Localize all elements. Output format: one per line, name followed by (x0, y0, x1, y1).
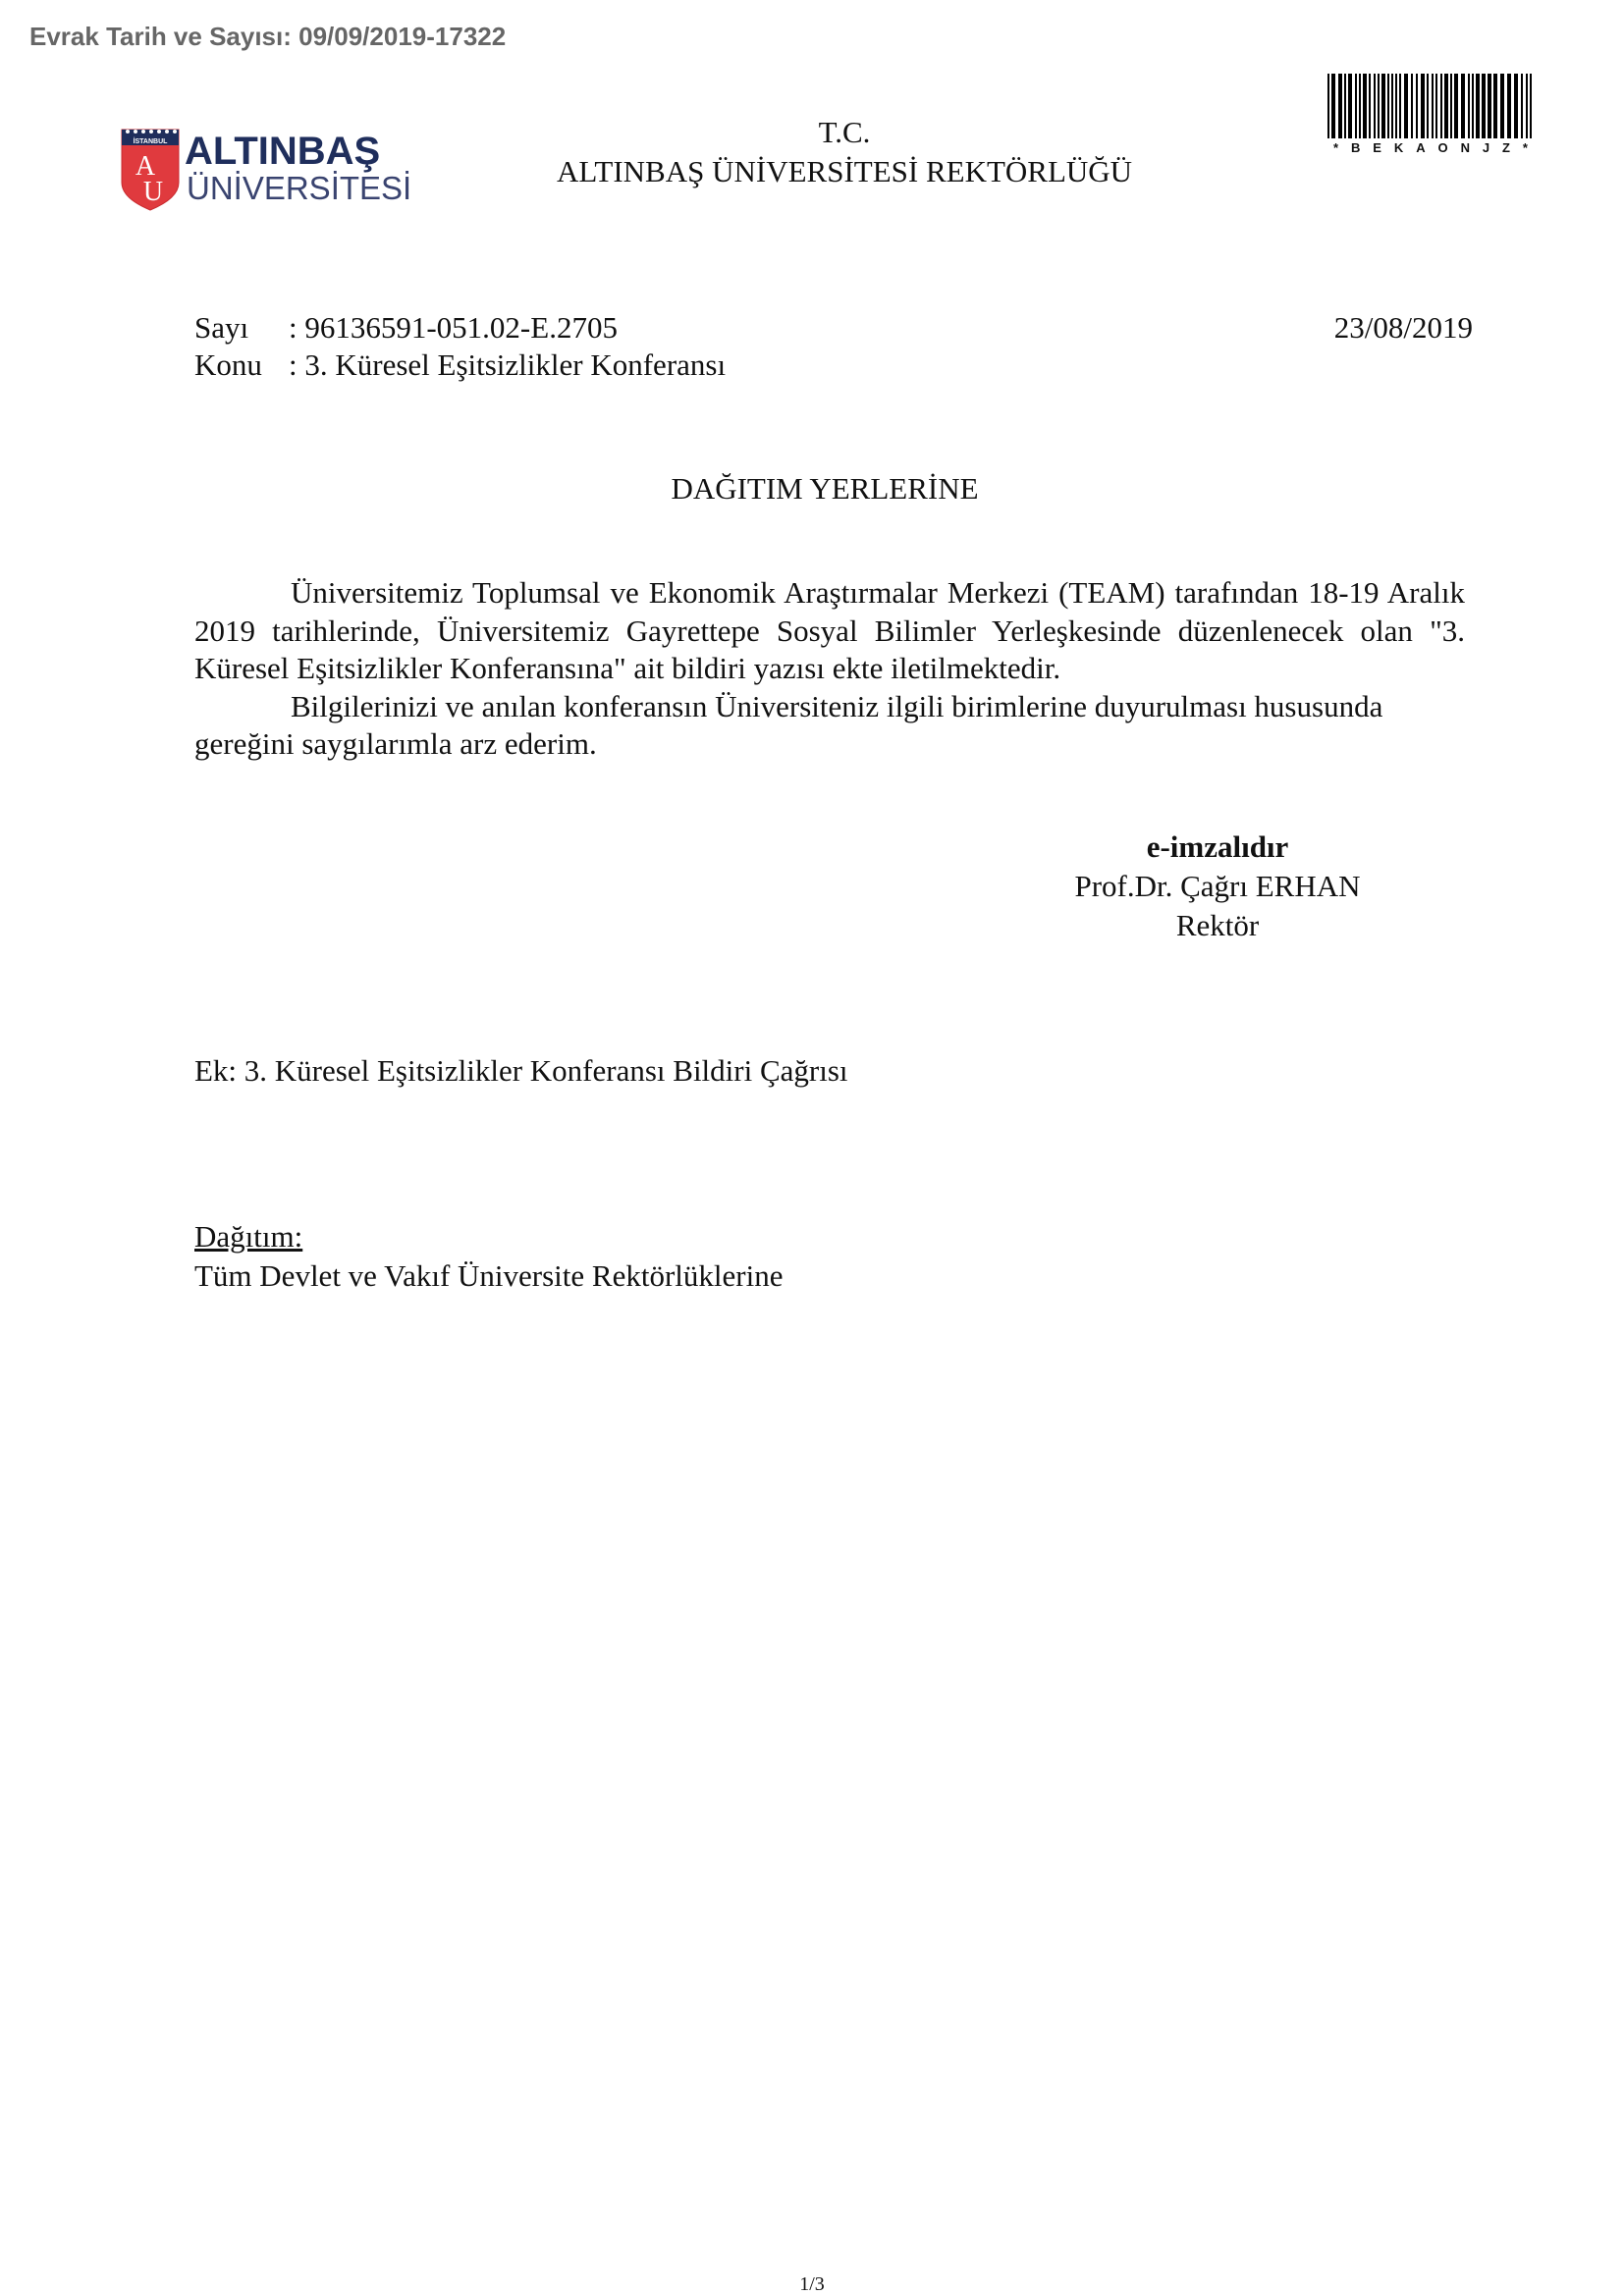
distribution-block: Dağıtım: Tüm Devlet ve Vakıf Üniversite … (194, 1217, 783, 1296)
number-row: Sayı : 96136591-051.02-E.2705 (194, 309, 726, 347)
barcode-char: O (1438, 140, 1448, 155)
barcode-char: K (1394, 140, 1403, 155)
barcode-char: E (1373, 140, 1381, 155)
barcode-char: * (1333, 140, 1338, 155)
signatory-name: Prof.Dr. Çağrı ERHAN (1021, 867, 1414, 906)
barcode-char: * (1523, 140, 1528, 155)
number-value: : 96136591-051.02-E.2705 (289, 309, 618, 347)
svg-text:U: U (143, 177, 163, 207)
svg-text:İSTANBUL: İSTANBUL (134, 137, 169, 145)
page-number: 1/3 (0, 2273, 1624, 2296)
number-label: Sayı (194, 309, 289, 347)
attachment-note: Ek: 3. Küresel Eşitsizlikler Konferansı … (194, 1053, 848, 1089)
signatory-title: Rektör (1021, 906, 1414, 945)
barcode-text: *BEKAONJZ* (1327, 138, 1534, 155)
document-header: T.C. ALTINBAŞ ÜNİVERSİTESİ REKTÖRLÜĞÜ (491, 113, 1198, 191)
header-line2: ALTINBAŞ ÜNİVERSİTESİ REKTÖRLÜĞÜ (491, 152, 1198, 191)
subject-label: Konu (194, 347, 289, 384)
subject-value: : 3. Küresel Eşitsizlikler Konferansı (289, 347, 726, 384)
body-paragraph-1: Üniversitemiz Toplumsal ve Ekonomik Araş… (194, 574, 1465, 688)
barcode-char: J (1483, 140, 1489, 155)
signature-block: e-imzalıdır Prof.Dr. Çağrı ERHAN Rektör (1021, 828, 1414, 945)
barcode-char: B (1351, 140, 1360, 155)
document-date: 23/08/2019 (1296, 309, 1473, 347)
logo-name-line1: ALTINBAŞ (185, 130, 380, 173)
subject-row: Konu : 3. Küresel Eşitsizlikler Konferan… (194, 347, 726, 384)
barcode-char: N (1461, 140, 1470, 155)
barcode-bars (1327, 74, 1534, 138)
shield-logo-icon: İSTANBUL A U (120, 126, 181, 212)
letter-body: Üniversitemiz Toplumsal ve Ekonomik Araş… (194, 574, 1465, 764)
header-line1: T.C. (491, 113, 1198, 152)
distribution-label: Dağıtım: (194, 1217, 783, 1256)
document-stamp: Evrak Tarih ve Sayısı: 09/09/2019-17322 (29, 22, 506, 52)
document-meta: Sayı : 96136591-051.02-E.2705 Konu : 3. … (194, 309, 726, 384)
logo-name-line2: ÜNİVERSİTESİ (187, 171, 411, 206)
barcode-char: A (1416, 140, 1425, 155)
recipient-heading: DAĞITIM YERLERİNE (491, 471, 1159, 507)
barcode: *BEKAONJZ* (1327, 74, 1534, 162)
signature-status: e-imzalıdır (1021, 828, 1414, 867)
barcode-char: Z (1502, 140, 1510, 155)
university-logo: İSTANBUL A U ALTINBAŞ ÜNİVERSİTESİ (120, 126, 395, 214)
distribution-recipients: Tüm Devlet ve Vakıf Üniversite Rektörlük… (194, 1256, 783, 1296)
body-paragraph-2: Bilgilerinizi ve anılan konferansın Üniv… (194, 688, 1465, 764)
